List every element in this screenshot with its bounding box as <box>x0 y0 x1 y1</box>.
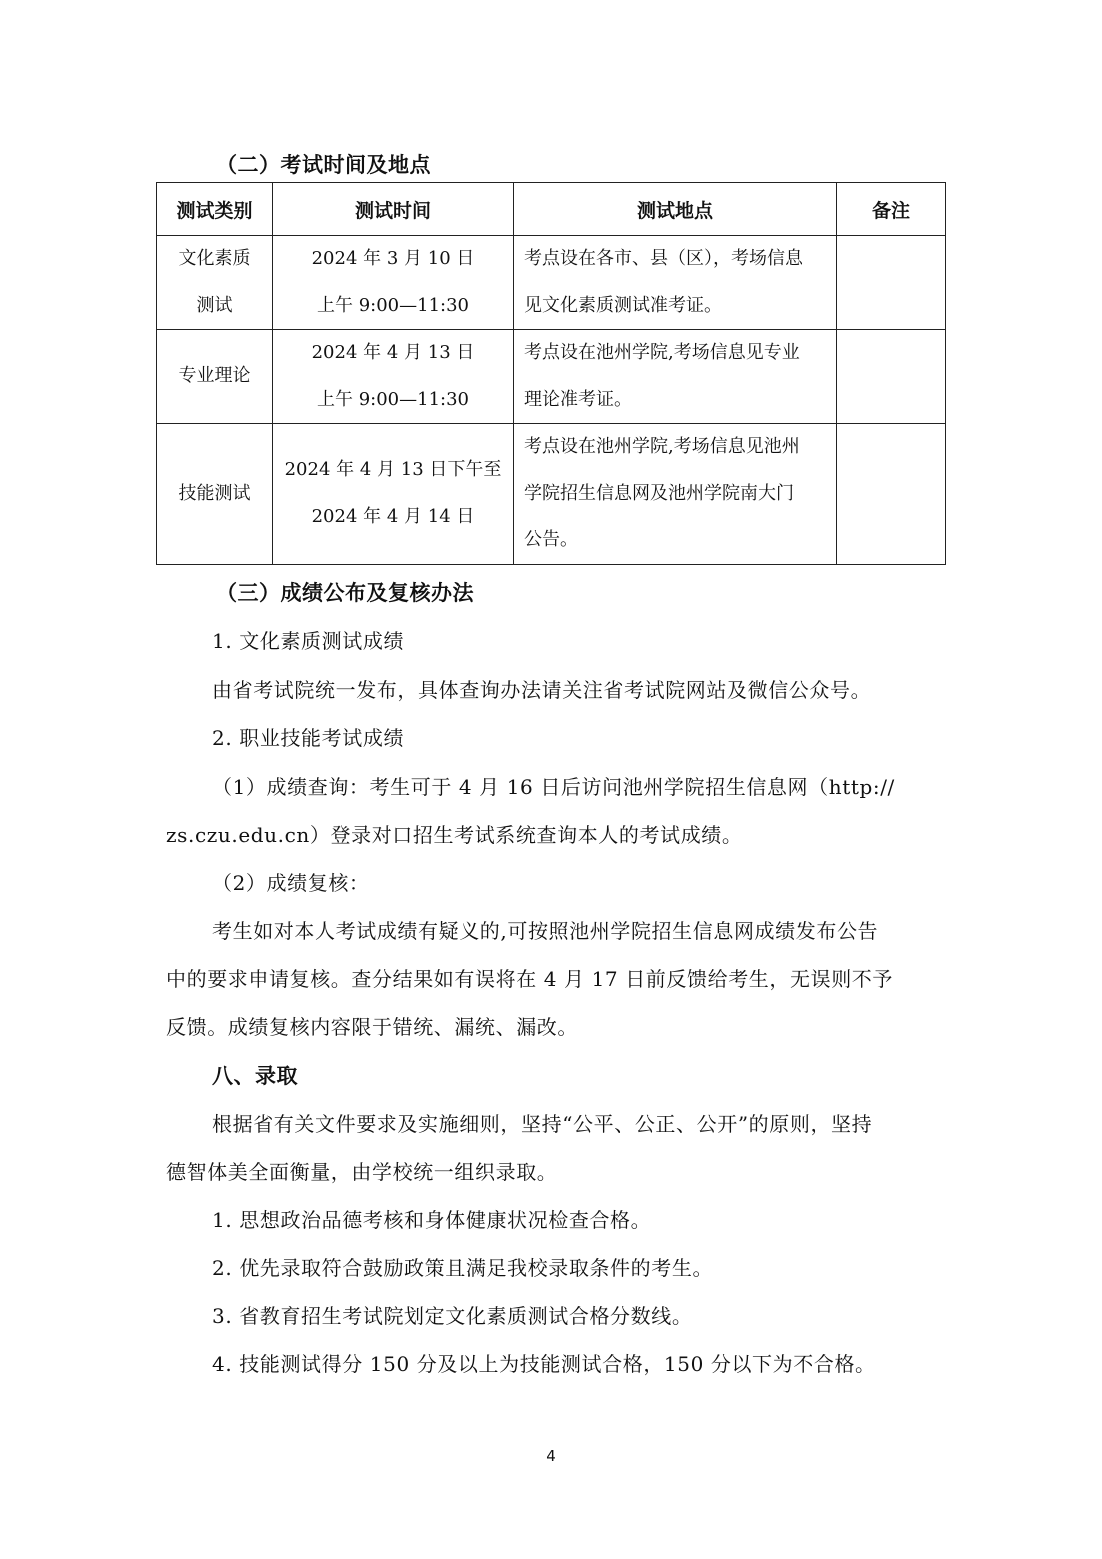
header-remark: 备注 <box>837 183 946 236</box>
paragraph: 反馈。成绩复核内容限于错统、漏统、漏改。 <box>166 1014 578 1040</box>
paragraph: 中的要求申请复核。查分结果如有误将在 4 月 17 日前反馈给考生，无误则不予 <box>166 966 893 992</box>
table-row: 文化素质 测试 2024 年 3 月 10 日 上午 9:00—11:30 考点… <box>157 236 946 330</box>
table-header-row: 测试类别 测试时间 测试地点 备注 <box>157 183 946 236</box>
cell-category: 技能测试 <box>157 424 273 565</box>
section-heading-admission: 八、录取 <box>212 1063 298 1089</box>
paragraph: （1）成绩查询：考生可于 4 月 16 日后访问池州学院招生信息网（http:/… <box>212 774 895 800</box>
cell-category: 专业理论 <box>157 330 273 424</box>
header-time: 测试时间 <box>273 183 514 236</box>
cell-location: 考点设在各市、县（区），考场信息 见文化素质测试准考证。 <box>514 236 837 330</box>
exam-schedule-table: 测试类别 测试时间 测试地点 备注 文化素质 测试 2024 年 3 月 10 … <box>156 182 946 565</box>
cell-location: 考点设在池州学院,考场信息见专业 理论准考证。 <box>514 330 837 424</box>
table-row: 专业理论 2024 年 4 月 13 日 上午 9:00—11:30 考点设在池… <box>157 330 946 424</box>
cell-time: 2024 年 4 月 13 日下午至 2024 年 4 月 14 日 <box>273 424 514 565</box>
paragraph: （2）成绩复核： <box>212 870 370 896</box>
section-heading-exam-time: （二）考试时间及地点 <box>216 152 431 178</box>
paragraph: zs.czu.edu.cn）登录对口招生考试系统查询本人的考试成绩。 <box>166 822 743 848</box>
cell-location: 考点设在池州学院,考场信息见池州 学院招生信息网及池州学院南大门 公告。 <box>514 424 837 565</box>
paragraph: 3. 省教育招生考试院划定文化素质测试合格分数线。 <box>212 1303 692 1329</box>
paragraph: 德智体美全面衡量，由学校统一组织录取。 <box>166 1159 557 1185</box>
table-row: 技能测试 2024 年 4 月 13 日下午至 2024 年 4 月 14 日 … <box>157 424 946 565</box>
paragraph: 根据省有关文件要求及实施细则，坚持“公平、公正、公开”的原则，坚持 <box>212 1111 872 1137</box>
cell-time: 2024 年 4 月 13 日 上午 9:00—11:30 <box>273 330 514 424</box>
cell-category: 文化素质 测试 <box>157 236 273 330</box>
header-category: 测试类别 <box>157 183 273 236</box>
paragraph: 2. 职业技能考试成绩 <box>212 725 404 751</box>
cell-time: 2024 年 3 月 10 日 上午 9:00—11:30 <box>273 236 514 330</box>
section-heading-scores: （三）成绩公布及复核办法 <box>216 580 474 606</box>
paragraph: 由省考试院统一发布，具体查询办法请关注省考试院网站及微信公众号。 <box>212 677 871 703</box>
paragraph: 考生如对本人考试成绩有疑义的,可按照池州学院招生信息网成绩发布公告 <box>212 918 878 944</box>
cell-remark <box>837 330 946 424</box>
document-page: （二）考试时间及地点 测试类别 测试时间 测试地点 备注 文化素质 测试 202… <box>0 0 1102 1559</box>
paragraph: 1. 思想政治品德考核和身体健康状况检查合格。 <box>212 1207 651 1233</box>
paragraph: 2. 优先录取符合鼓励政策且满足我校录取条件的考生。 <box>212 1255 713 1281</box>
cell-remark <box>837 236 946 330</box>
paragraph: 1. 文化素质测试成绩 <box>212 628 404 654</box>
header-location: 测试地点 <box>514 183 837 236</box>
cell-remark <box>837 424 946 565</box>
paragraph: 4. 技能测试得分 150 分及以上为技能测试合格，150 分以下为不合格。 <box>212 1351 876 1377</box>
page-number: 4 <box>0 1447 1102 1465</box>
